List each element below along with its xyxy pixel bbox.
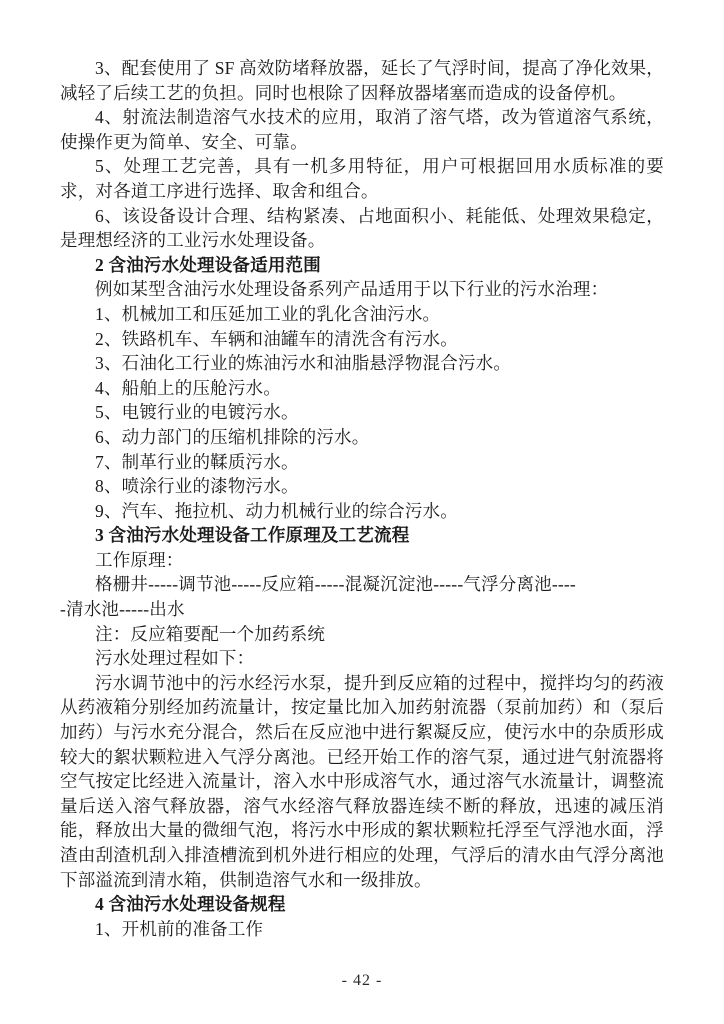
paragraph: 1、开机前的准备工作 [60,917,664,942]
paragraph: 例如某型含油污水处理设备系列产品适用于以下行业的污水治理： [60,277,664,302]
section-heading: 2 含油污水处理设备适用范围 [60,253,664,278]
paragraph: -清水池-----出水 [60,597,664,622]
paragraph: 污水调节池中的污水经污水泵，提升到反应箱的过程中，搅拌均匀的药液从药液箱分别经加… [60,671,664,892]
paragraph: 6、动力部门的压缩机排除的污水。 [60,425,664,450]
paragraph: 3、石油化工行业的炼油污水和油脂悬浮物混合污水。 [60,351,664,376]
paragraph: 2、铁路机车、车辆和油罐车的清洗含有污水。 [60,327,664,352]
paragraph: 3、配套使用了 SF 高效防堵释放器，延长了气浮时间，提高了净化效果，减轻了后续… [60,56,664,105]
page-number: - 42 - [0,972,724,990]
paragraph: 9、汽车、拖拉机、动力机械行业的综合污水。 [60,499,664,524]
document-page: 3、配套使用了 SF 高效防堵释放器，延长了气浮时间，提高了净化效果，减轻了后续… [0,0,724,1024]
section-heading: 4 含油污水处理设备规程 [60,892,664,917]
paragraph: 工作原理： [60,548,664,573]
paragraph: 6、该设备设计合理、结构紧凑、占地面积小、耗能低、处理效果稳定，是理想经济的工业… [60,204,664,253]
paragraph: 5、处理工艺完善，具有一机多用特征，用户可根据回用水质标准的要求，对各道工序进行… [60,154,664,203]
paragraph: 4、射流法制造溶气水技术的应用，取消了溶气塔，改为管道溶气系统，使操作更为简单、… [60,105,664,154]
paragraph: 注：反应箱要配一个加药系统 [60,622,664,647]
paragraph: 7、制革行业的鞣质污水。 [60,450,664,475]
paragraph: 污水处理过程如下： [60,646,664,671]
section-heading: 3 含油污水处理设备工作原理及工艺流程 [60,523,664,548]
paragraph: 5、电镀行业的电镀污水。 [60,400,664,425]
paragraph: 4、船舶上的压舱污水。 [60,376,664,401]
paragraph: 格栅井-----调节池-----反应箱-----混凝沉淀池-----气浮分离池-… [60,572,664,597]
document-body: 3、配套使用了 SF 高效防堵释放器，延长了气浮时间，提高了净化效果，减轻了后续… [60,56,664,941]
paragraph: 8、喷涂行业的漆物污水。 [60,474,664,499]
paragraph: 1、机械加工和压延加工业的乳化含油污水。 [60,302,664,327]
